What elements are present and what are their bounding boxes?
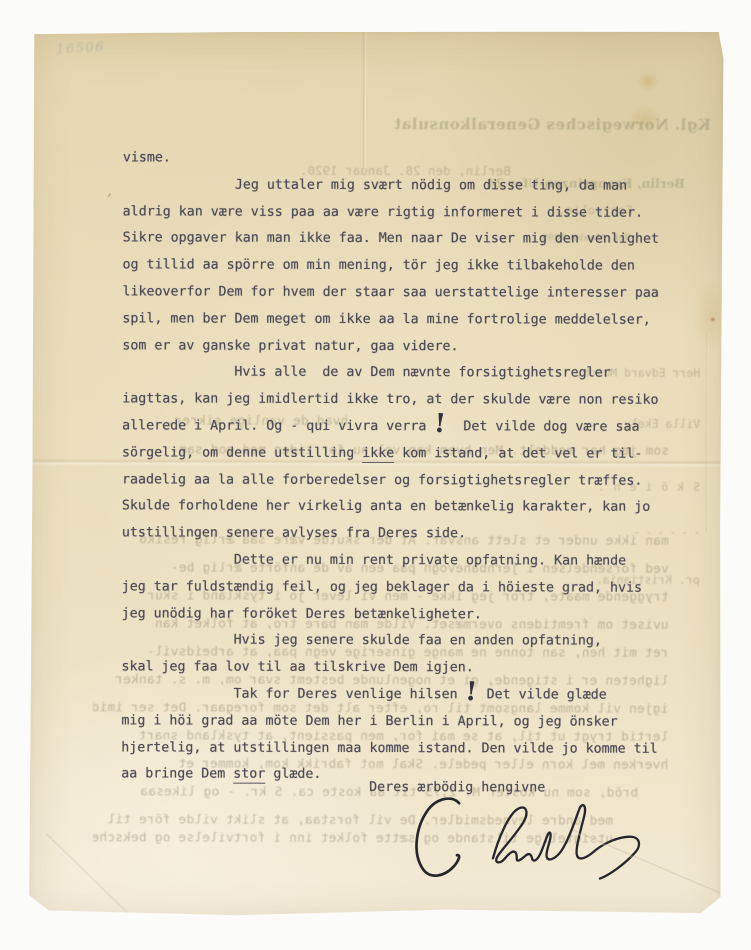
letter-body: visme. Jeg uttaler mig svært nödig om di… <box>121 145 698 790</box>
typed-line: Tak for Deres venlige hilsen ! Det vilde… <box>121 681 696 709</box>
signature-letter-c <box>416 799 459 876</box>
typed-line: Sikre opgaver kan man ikke faa. Men naar… <box>123 226 698 254</box>
typed-line: visme. <box>123 145 698 173</box>
typed-line: mig i höi grad aa möte Dem her i Berlin … <box>121 708 696 736</box>
typed-line: sörgelig, om denne utstilling ikke kom i… <box>122 440 697 468</box>
typed-line: iagttas, kan jeg imidlertid ikke tro, at… <box>122 387 697 415</box>
closing-line: Deres ærbödig hengivne <box>369 780 545 795</box>
typed-line: spil, men ber Dem meget om ikke aa la mi… <box>122 306 697 334</box>
typed-line: jeg unödig har foröket Deres betænkeligh… <box>122 601 697 629</box>
typed-line: likeoverfor Dem for hvem der staar saa u… <box>122 279 697 307</box>
typed-line: som er av ganske privat natur, gaa vider… <box>122 333 697 361</box>
typed-line: aldrig kan være viss paa aa være rigtig … <box>123 199 698 227</box>
typed-line: Hvis jeg senere skulde faa en anden opfa… <box>122 628 697 656</box>
handwritten-exclamation: ! <box>466 692 479 693</box>
typed-line: hjertelig, at utstillingen maa komme ist… <box>121 735 696 763</box>
typed-line: allerede i April. Og - qui vivra verra !… <box>122 413 697 441</box>
typed-line: skal jeg faa lov til aa tilskrive Dem ig… <box>121 654 696 682</box>
photo-background: { "document": { "kind": "typewritten-let… <box>0 0 751 950</box>
typed-line: og tillid aa spörre om min mening, tör j… <box>123 253 698 281</box>
typed-line: raadelig aa la alle forberedelser og for… <box>122 467 697 495</box>
handwritten-exclamation: ! <box>434 424 447 425</box>
typed-line: Dette er nu min rent private opfatning. … <box>122 547 697 575</box>
typed-line: jeg tar fuldstændig feil, og jeg beklage… <box>122 574 697 602</box>
typed-line: Hvis alle de av Dem nævnte forsigtighets… <box>122 360 697 388</box>
letter-page: 16506 , Kgl. Norwegisches Generalkonsula… <box>28 30 724 922</box>
typed-line: Jeg uttaler mig svært nödig om disse tin… <box>123 172 698 200</box>
typed-line: utstillingen senere avlyses fra Deres si… <box>122 520 697 548</box>
signature-smith <box>493 805 639 879</box>
signature <box>393 797 643 893</box>
typed-line: Skulde forholdene her virkelig anta en b… <box>122 494 697 522</box>
